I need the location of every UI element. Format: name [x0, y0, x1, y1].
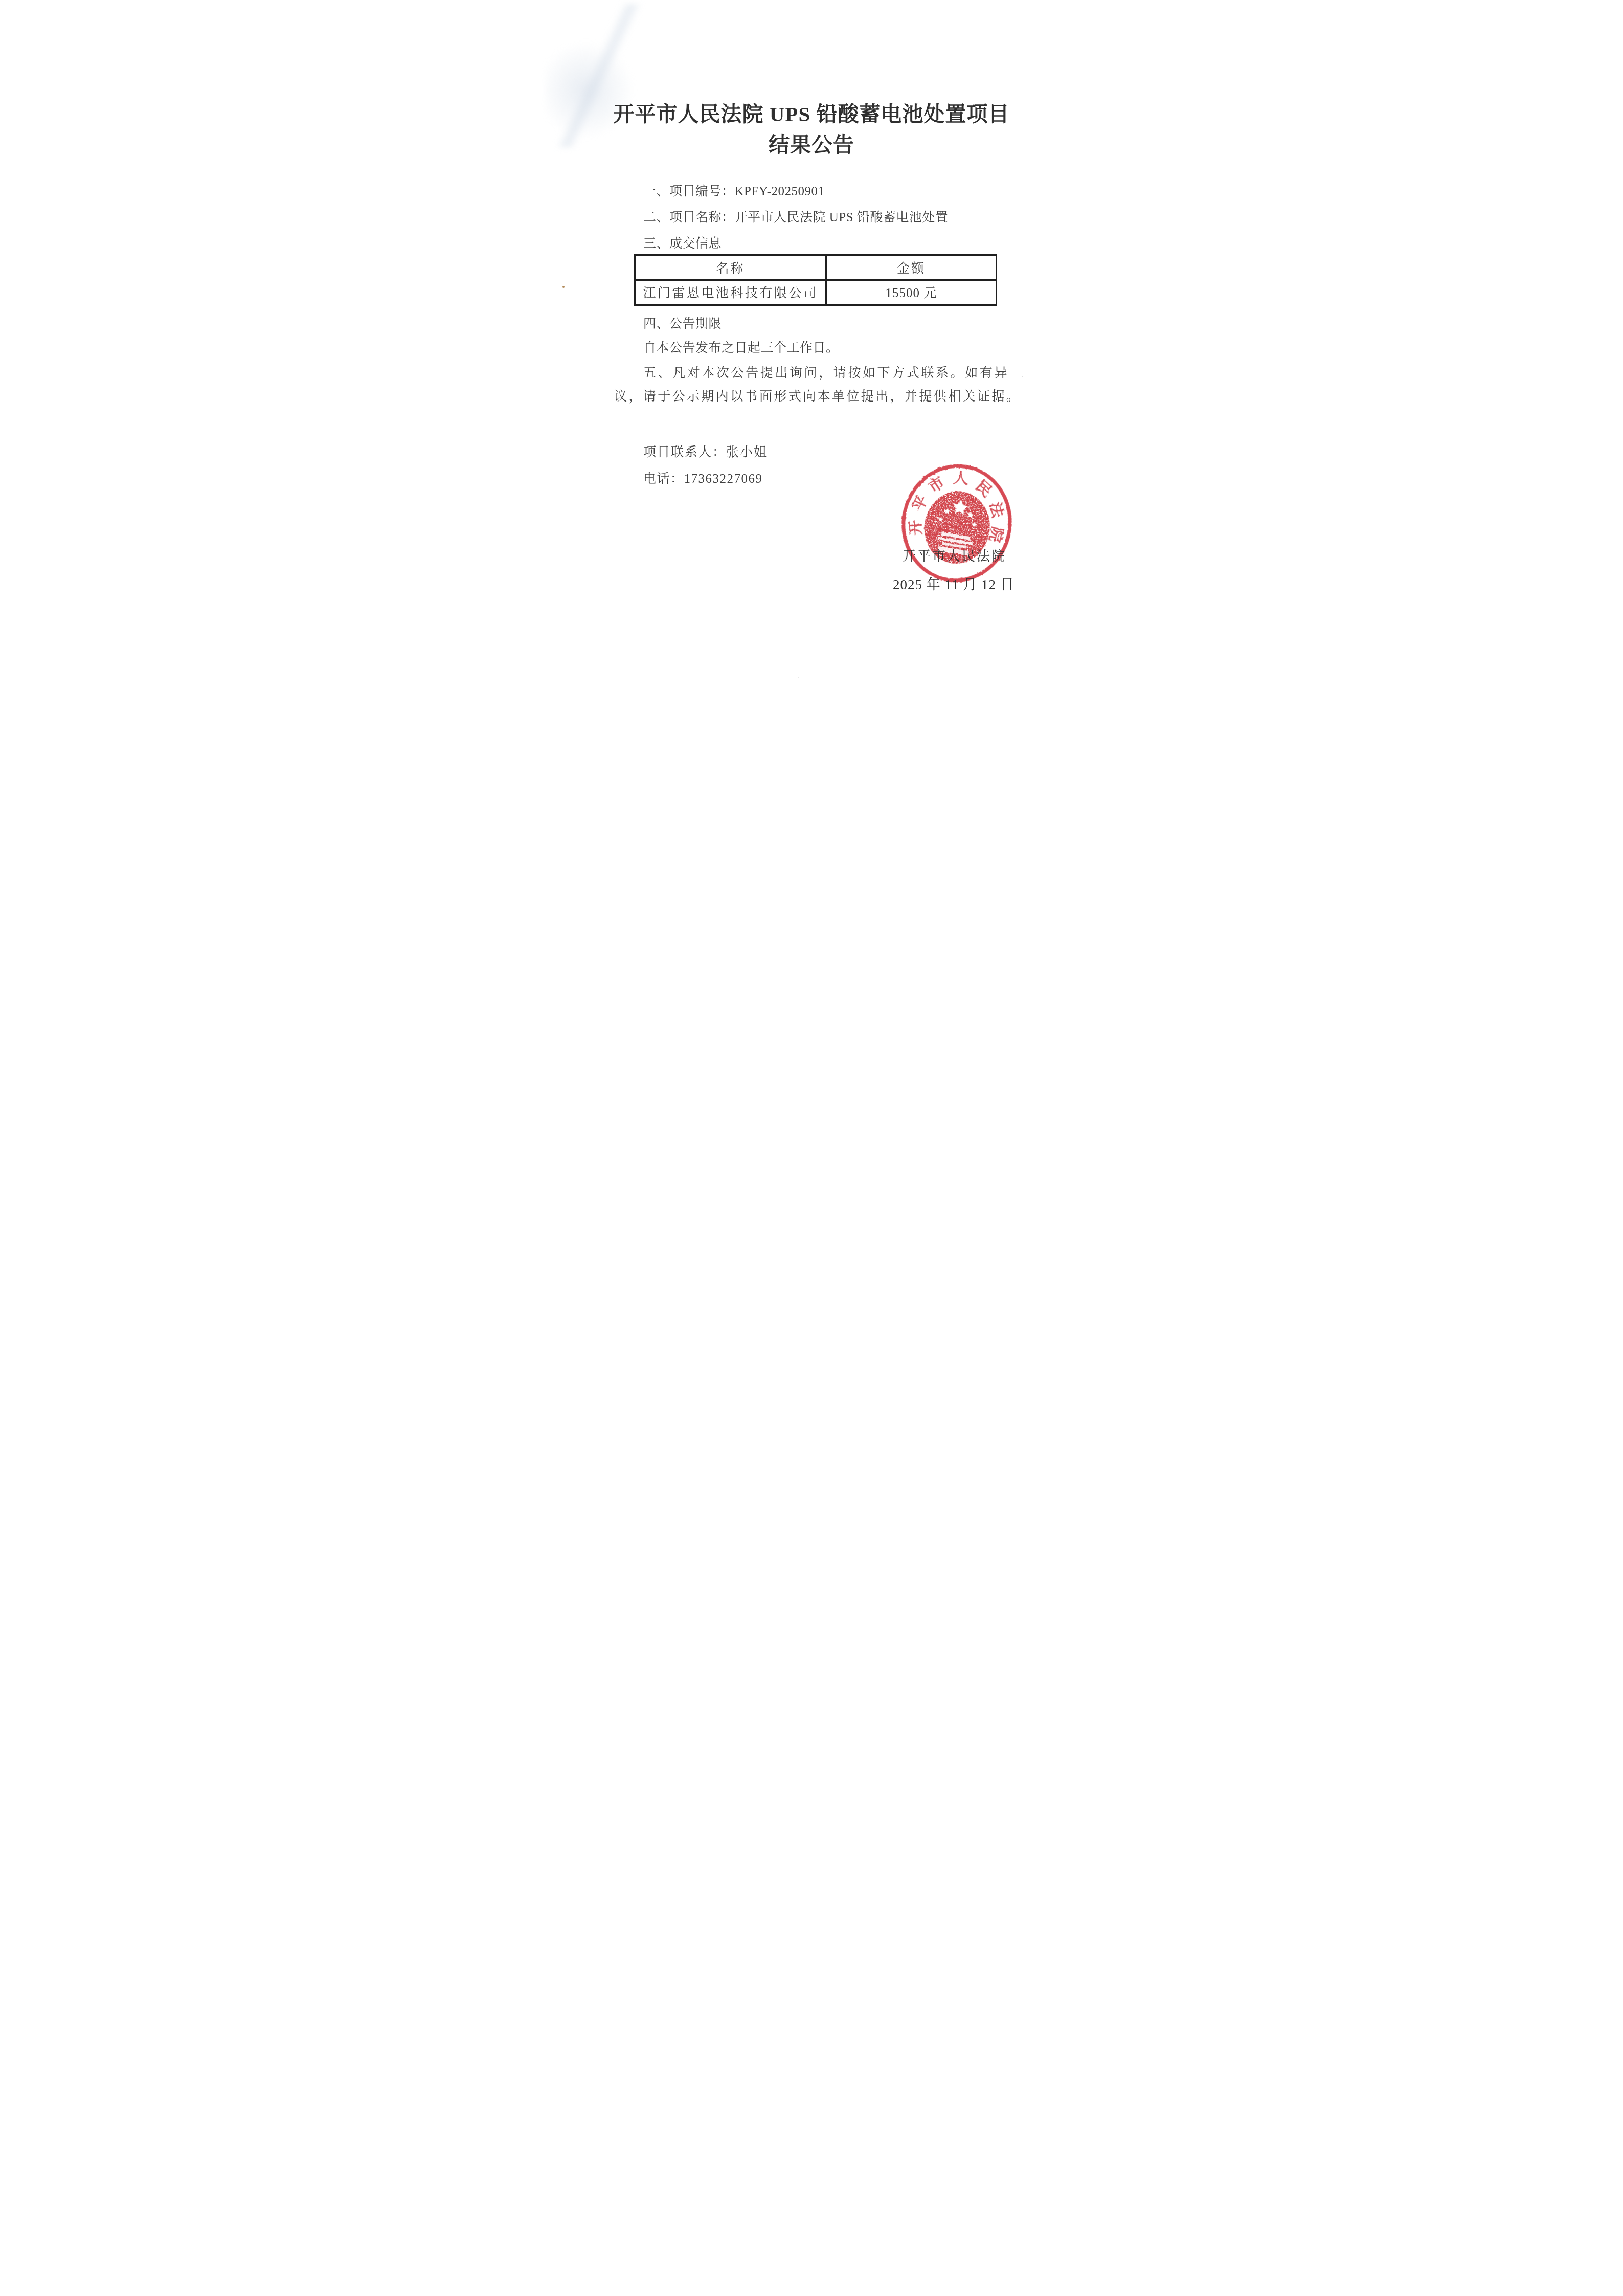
item-objection-line1: 五、凡对本次公告提出询问，请按如下方式联系。如有异	[643, 367, 1009, 380]
item-objection-line2: 议，请于公示期内以书面形式向本单位提出，并提供相关证据。	[614, 390, 1021, 403]
deal-result-table: 名称 金额 江门雷恩电池科技有限公司 15500 元	[634, 254, 997, 306]
official-red-seal: 开平市人民法院	[899, 462, 1014, 585]
contact-person: 项目联系人：张小姐	[643, 446, 768, 459]
table-row-divider	[636, 279, 996, 281]
table-cell-amount: 15500 元	[827, 287, 996, 300]
item-project-name: 二、项目名称：开平市人民法院 UPS 铅酸蓄电池处置	[643, 211, 948, 224]
paper-speck	[1022, 376, 1023, 377]
seal-graphic: 开平市人民法院	[899, 462, 1014, 585]
table-header-amount: 金额	[827, 262, 996, 275]
item-deal-info: 三、成交信息	[643, 237, 722, 250]
table-header-name: 名称	[636, 262, 825, 275]
signature-org: 开平市人民法院	[903, 550, 1006, 563]
document-title-line2: 结果公告	[541, 135, 1082, 155]
contact-phone: 电话：17363227069	[643, 473, 763, 485]
signature-date: 2025 年 11 月 12 日	[893, 578, 1015, 592]
item-notice-period-body: 自本公告发布之日起三个工作日。	[643, 342, 839, 354]
paper-speck	[562, 286, 565, 288]
document-title-line1: 开平市人民法院 UPS 铅酸蓄电池处置项目	[541, 104, 1082, 125]
item-project-number: 一、项目编号：KPFY-20250901	[643, 185, 824, 198]
paper-speck	[798, 677, 799, 678]
item-notice-period-title: 四、公告期限	[643, 318, 722, 330]
scan-fold-artifact	[545, 4, 652, 147]
table-cell-company: 江门雷恩电池科技有限公司	[636, 287, 825, 300]
scanned-announcement-page: 开平市人民法院 UPS 铅酸蓄电池处置项目 结果公告 一、项目编号：KPFY-2…	[541, 0, 1082, 765]
